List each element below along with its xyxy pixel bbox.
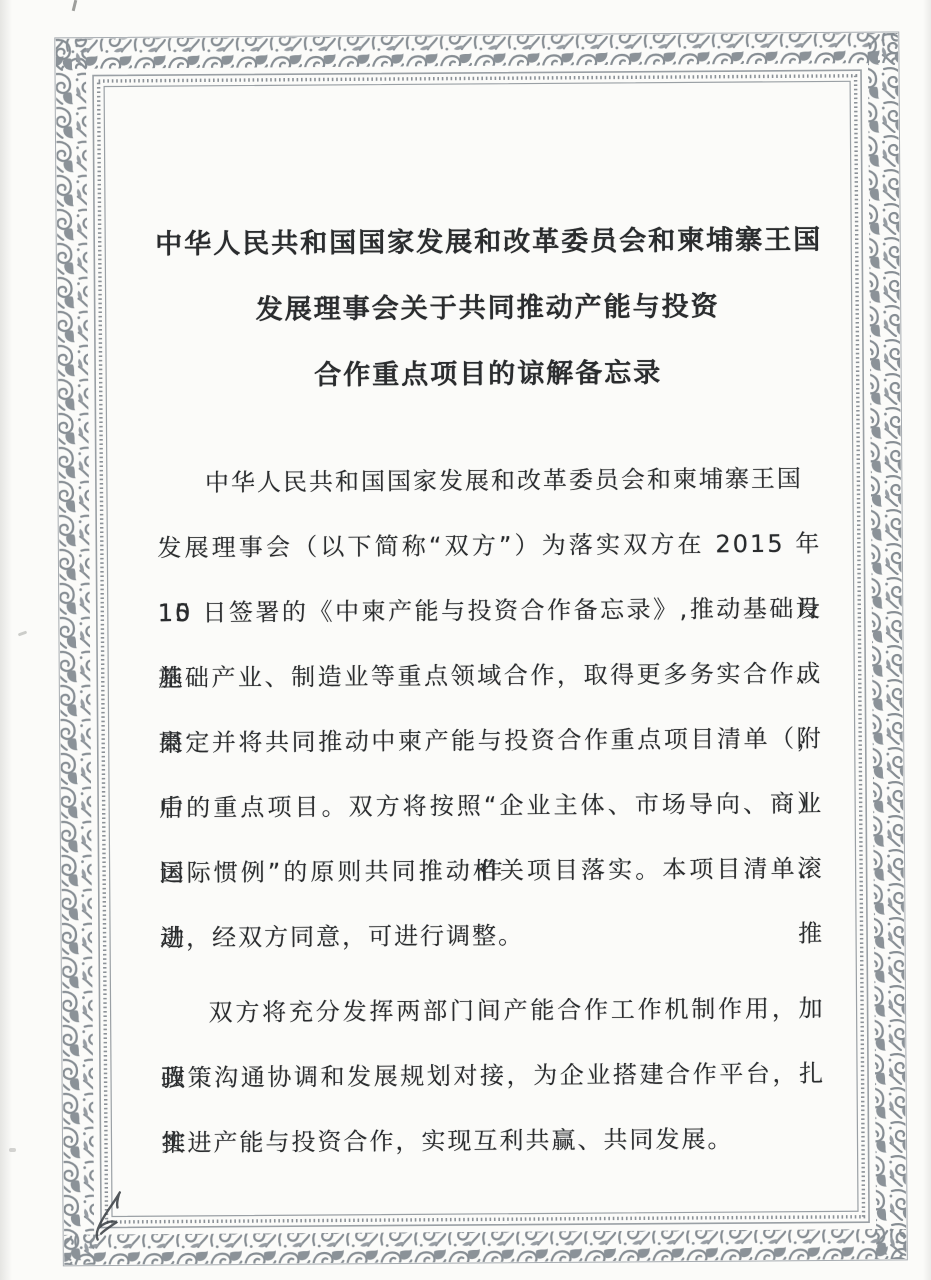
paragraph-2: 双方将充分发挥两部门间产能合作工作机制作用，加强 政策沟通协调和发展规划对接，为… xyxy=(160,977,825,1177)
body-line: 15 日签署的《中柬产能与投资合作备忘录》,推动基础设施、 xyxy=(158,577,822,647)
body-line: 国际惯例”的原则共同推动相关项目落实。本项目清单滚动推 xyxy=(159,837,823,907)
body-line: 发展理事会（以下简称“双方”）为落实双方在 2015 年 10 月 xyxy=(157,512,821,582)
body-line: 推进产能与投资合作，实现互利共赢、共同发展。 xyxy=(161,1106,825,1176)
title-line-1: 中华人民共和国国家发展和改革委员会和柬埔寨王国 xyxy=(155,208,819,279)
document-body: 中华人民共和国国家发展和改革委员会和柬埔寨王国 发展理事会（以下简称“双方”）为… xyxy=(157,447,826,1177)
border-band-bottom xyxy=(64,1229,906,1265)
scan-speck-left-bottom xyxy=(9,1148,16,1152)
title-line-3: 合作重点项目的谅解备忘录 xyxy=(156,340,820,411)
scanned-page: 中华人民共和国国家发展和改革委员会和柬埔寨王国 发展理事会关于共同推动产能与投资… xyxy=(0,0,931,1280)
document-content: 中华人民共和国国家发展和改革委员会和柬埔寨王国 发展理事会关于共同推动产能与投资… xyxy=(155,208,826,1177)
title-line-2: 发展理事会关于共同推动产能与投资 xyxy=(155,274,819,345)
body-line: 中华人民共和国国家发展和改革委员会和柬埔寨王国 xyxy=(157,447,821,517)
document-title: 中华人民共和国国家发展和改革委员会和柬埔寨王国 发展理事会关于共同推动产能与投资… xyxy=(155,208,820,411)
border-band-top xyxy=(56,33,898,69)
body-line: 双方将充分发挥两部门间产能合作工作机制作用，加强 xyxy=(160,977,824,1047)
handwritten-pen-mark xyxy=(90,1188,130,1248)
paragraph-1: 中华人民共和国国家发展和改革委员会和柬埔寨王国 发展理事会（以下简称“双方”）为… xyxy=(157,447,825,972)
body-line: 基础产业、制造业等重点领域合作，取得更多务实合作成果， xyxy=(158,642,822,712)
body-line: 商定并将共同推动中柬产能与投资合作重点项目清单（附后） xyxy=(158,707,822,777)
body-line: 中的重点项目。双方将按照“企业主体、市场导向、商业运作、 xyxy=(159,772,823,842)
body-line: 政策沟通协调和发展规划对接，为企业搭建合作平台，扎实 xyxy=(161,1042,825,1112)
